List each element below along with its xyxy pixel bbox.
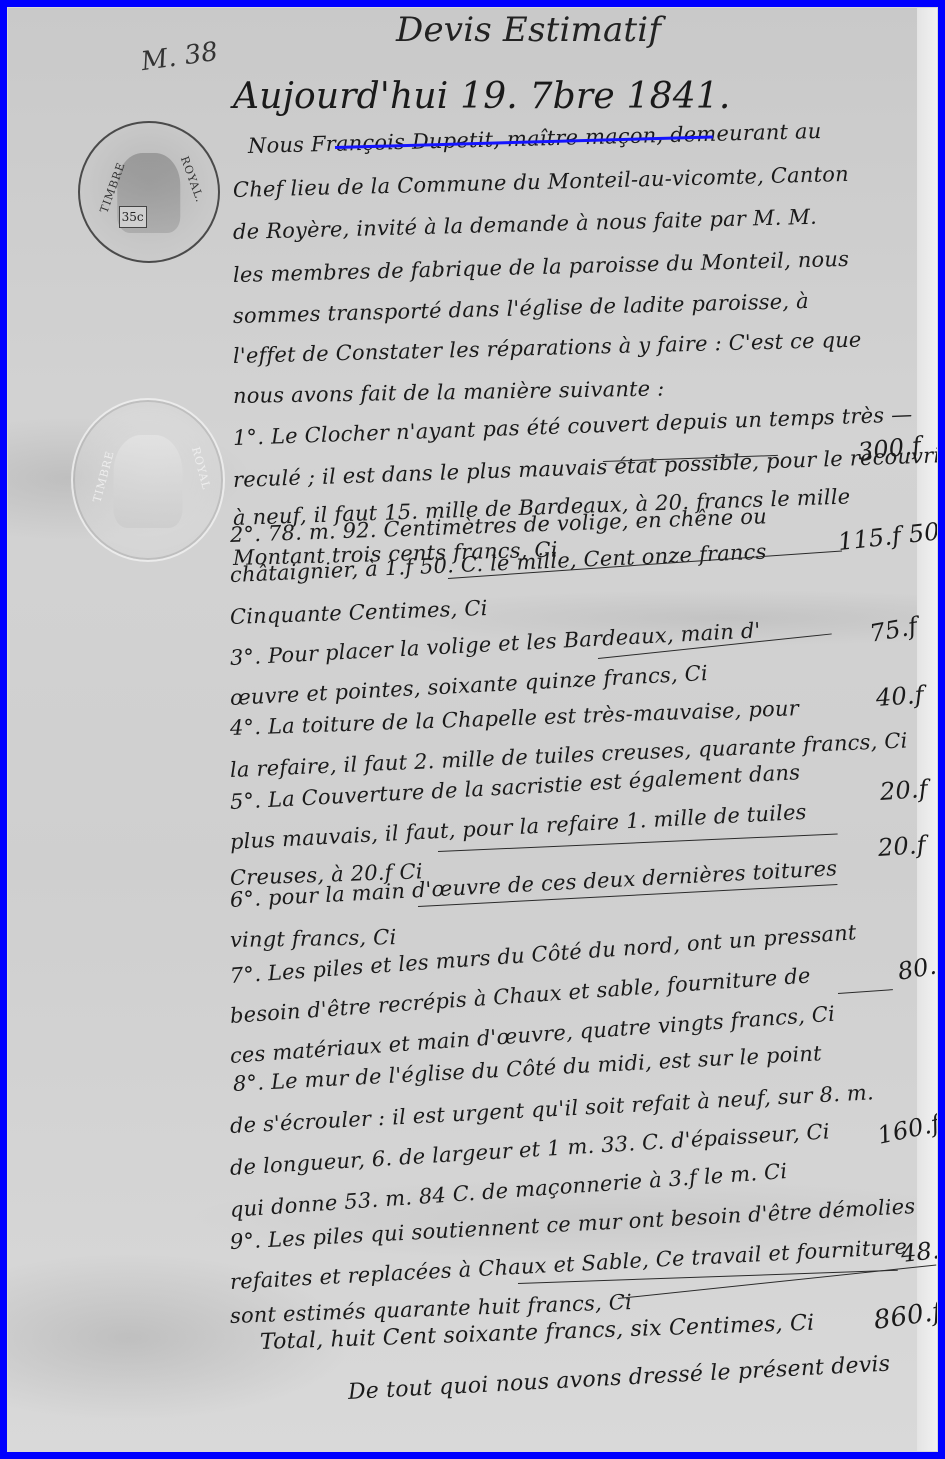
intro-line: de Royère, invité à la demande à nous fa…: [233, 205, 818, 244]
seated-figure-icon: [114, 435, 183, 528]
date-line: Aujourd'hui 19. 7bre 1841.: [233, 76, 731, 117]
item-line: vingt francs, Ci: [230, 925, 397, 952]
item-line: Cinquante Centimes, Ci: [230, 596, 488, 629]
intro-line: nous avons fait de la manière suivante :: [233, 376, 665, 408]
intro-line: les membres de fabrique de la paroisse d…: [233, 247, 850, 287]
stamp-label-right: ROYAL: [189, 446, 213, 492]
closing-line: De tout quoi nous avons dressé le présen…: [347, 1352, 890, 1405]
document-title: Devis Estimatif: [396, 10, 661, 50]
item-amount: 20.f: [879, 775, 929, 806]
amount-leader-line: [838, 989, 893, 994]
paper-edge: [917, 8, 937, 1451]
royal-stamp-inked: TIMBRE ROYAL. 35c: [78, 121, 220, 263]
intro-line: Nous François Dupetit, maître maçon, dem…: [248, 119, 822, 158]
item-amount: 75.f: [868, 612, 920, 648]
item-amount: 20.f: [877, 831, 927, 862]
stamp-label-right: ROYAL.: [177, 155, 206, 205]
reference-number: M. 38: [139, 37, 220, 77]
stamp-value: 35c: [119, 206, 147, 228]
royal-stamp-embossed: TIMBRE ROYAL: [71, 398, 225, 562]
item-amount: 48.f: [900, 1235, 938, 1268]
item-amount: 40.f: [875, 681, 925, 712]
document-photo: TIMBRE ROYAL. 35c TIMBRE ROYAL M. 38 Dev…: [7, 7, 938, 1452]
intro-line: l'effet de Constater les réparations à y…: [233, 328, 862, 368]
item-line: 1°. Le Clocher n'ayant pas été couvert d…: [233, 402, 913, 450]
intro-line: sommes transporté dans l'église de ladit…: [233, 289, 809, 328]
intro-line: Chef lieu de la Commune du Monteil-au-vi…: [233, 162, 849, 202]
